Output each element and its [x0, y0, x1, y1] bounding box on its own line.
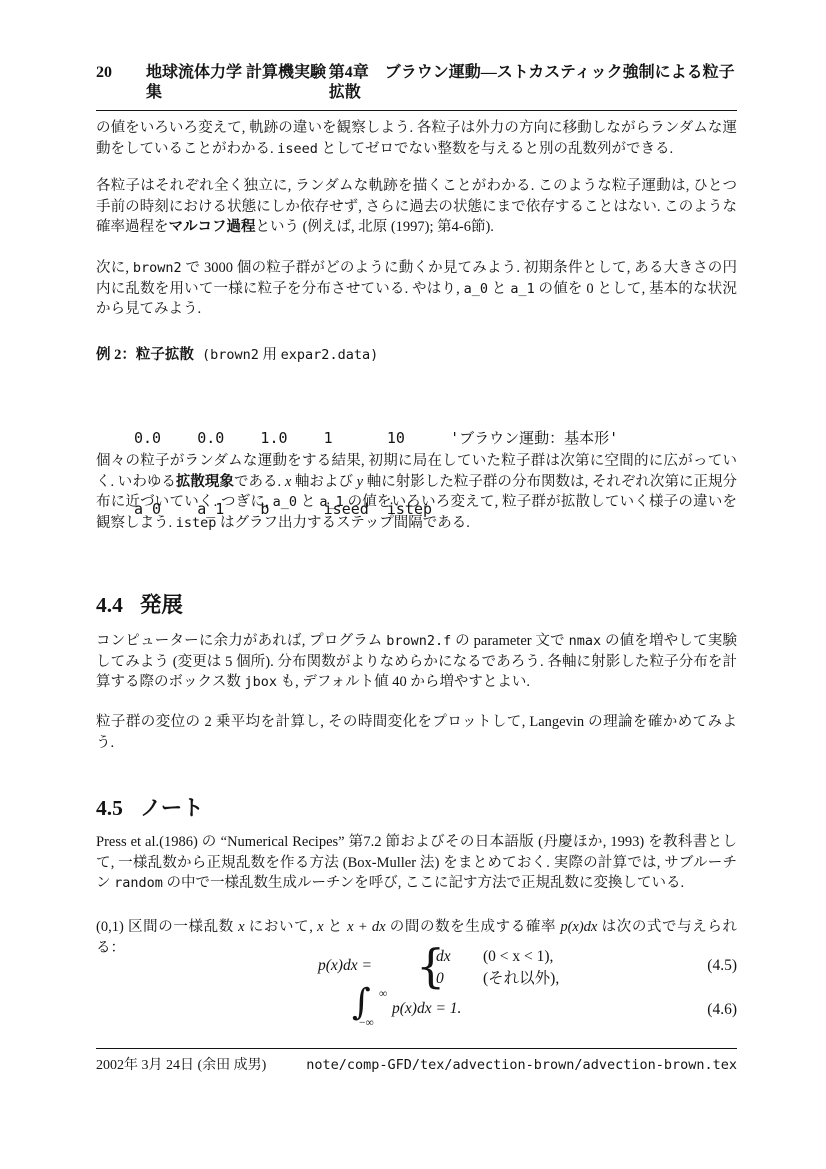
equation-body: p(x)dx = 1. — [392, 1000, 461, 1018]
text-run: (0,1) 区間の一様乱数 — [96, 919, 238, 935]
text-run: コンピューターに余力があれば, プログラム — [96, 633, 386, 649]
case-row: 0(それ以外), — [436, 968, 559, 990]
paragraph-7: Press et al.(1986) の “Numerical Recipes”… — [96, 832, 737, 894]
text-run: である. — [234, 474, 285, 490]
text-run: の間の数を生成する確率 — [386, 919, 561, 935]
text-run: の中で一様乱数生成ルーチンを呼び, ここに記す方法で正規乱数に変換している. — [163, 875, 684, 891]
section-heading-4-5: 4.5ノート — [96, 796, 204, 820]
code-line-values: 0.0 0.0 1.0 1 10 'ブラウン運動：基本形' — [134, 427, 618, 451]
inline-code-expar2-data: expar2.data — [281, 347, 370, 363]
page-header: 20 地球流体力学 計算機実験集 第4章 ブラウン運動—ストカスティック強制によ… — [96, 63, 737, 111]
integral-upper-limit: ∞ — [379, 988, 387, 1000]
footer-date: 2002年 3月 24日 (余田 成男) — [96, 1054, 266, 1074]
cases-body: dx(0 < x < 1), 0(それ以外), — [436, 946, 559, 989]
footer-rule — [96, 1048, 737, 1049]
case-condition: (それ以外), — [483, 970, 559, 987]
paragraph-5: コンピューターに余力があれば, プログラム brown2.f の paramet… — [96, 631, 737, 693]
chapter-title: 第4章 ブラウン運動—ストカスティック強制による粒子拡散 — [329, 63, 737, 103]
example-heading: 例 2：粒子拡散 (brown2 用 expar2.data) — [96, 345, 737, 366]
equation-4-5: p(x)dx = { dx(0 < x < 1), 0(それ以外), (4.5) — [96, 946, 737, 994]
case-condition: (0 < x < 1), — [483, 948, 553, 965]
book-title: 地球流体力学 計算機実験集 — [146, 63, 329, 103]
integral-lower-limit: −∞ — [359, 1017, 374, 1029]
bold-term-markov: マルコフ過程 — [169, 219, 256, 235]
text-run: において, — [245, 919, 318, 935]
equation-lhs: p(x)dx = — [318, 957, 372, 975]
section-title: ノート — [140, 796, 204, 820]
case-row: dx(0 < x < 1), — [436, 946, 559, 968]
inline-code-a1: a_1 — [319, 494, 343, 510]
text-run: と — [324, 919, 348, 935]
text-run: と — [297, 494, 319, 510]
text-run: はグラフ出力するステップ間隔である. — [216, 515, 469, 531]
footer-source-path: note/comp-GFD/tex/advection-brown/advect… — [306, 1057, 737, 1073]
paren-open: ( — [194, 347, 210, 363]
text-run: と — [488, 281, 510, 297]
text-run: 次に, — [96, 260, 133, 276]
inline-code-a0: a_0 — [273, 494, 297, 510]
inline-code-brown2: brown2 — [210, 347, 259, 363]
example-label: 例 2：粒子拡散 — [96, 347, 194, 363]
document-page: 20 地球流体力学 計算機実験集 第4章 ブラウン運動—ストカスティック強制によ… — [0, 0, 826, 1169]
inline-code-brown2f: brown2.f — [386, 633, 451, 649]
paragraph-4: 個々の粒子がランダムな運動をする結果, 初期に局在していた粒子群は次第に空間的に… — [96, 451, 737, 533]
inline-code-random: random — [114, 875, 163, 891]
section-number: 4.4 — [96, 593, 123, 617]
paragraph-6: 粒子群の変位の 2 乗平均を計算し, その時間変化をプロットして, Langev… — [96, 712, 737, 753]
case-value: dx — [436, 946, 483, 968]
inline-code-a1: a_1 — [510, 281, 534, 297]
case-value: 0 — [436, 968, 483, 990]
section-heading-4-4: 4.4発展 — [96, 593, 183, 617]
text-run: も, デフォルト値 40 から増やすとよい. — [277, 674, 530, 690]
inline-code-brown2: brown2 — [133, 260, 182, 276]
section-number: 4.5 — [96, 796, 123, 820]
inline-code-iseed: iseed — [277, 141, 318, 157]
page-footer: 2002年 3月 24日 (余田 成男) note/comp-GFD/tex/a… — [96, 1054, 737, 1074]
math-expr-pxdx: p(x)dx — [560, 919, 597, 935]
text-run: という (例えば, 北原 (1997); 第4-6節). — [256, 219, 494, 235]
text-run: としてゼロでない整数を与えると別の乱数列ができる. — [318, 141, 673, 157]
paragraph-3: 次に, brown2 で 3000 個の粒子群がどのように動くか見てみよう. 初… — [96, 258, 737, 320]
inline-code-istep: istep — [176, 515, 217, 531]
integral-sign: ∫ — [352, 985, 371, 1021]
inline-code-jbox: jbox — [244, 674, 277, 690]
bold-term-diffusion: 拡散現象 — [176, 474, 234, 490]
inline-code-nmax: nmax — [569, 633, 602, 649]
equation-4-6: ∫ ∞ −∞ p(x)dx = 1. (4.6) — [96, 990, 737, 1038]
paragraph-1: の値をいろいろ変えて, 軌跡の違いを観察しよう. 各粒子は外力の方向に移動しなが… — [96, 118, 737, 159]
equation-number: (4.6) — [707, 1001, 737, 1019]
section-title: 発展 — [140, 593, 183, 617]
text-run: 用 — [259, 347, 281, 363]
text-run: の parameter 文で — [451, 633, 568, 649]
page-number: 20 — [96, 63, 112, 83]
math-expr-x-plus-dx: x + dx — [347, 919, 385, 935]
inline-code-a0: a_0 — [464, 281, 488, 297]
paren-close: ) — [370, 347, 378, 363]
paragraph-2: 各粒子はそれぞれ全く独立に, ランダムな軌跡を描くことがわかる. このような粒子… — [96, 176, 737, 238]
text-run: 軸および — [291, 474, 356, 490]
equation-number: (4.5) — [707, 957, 737, 975]
